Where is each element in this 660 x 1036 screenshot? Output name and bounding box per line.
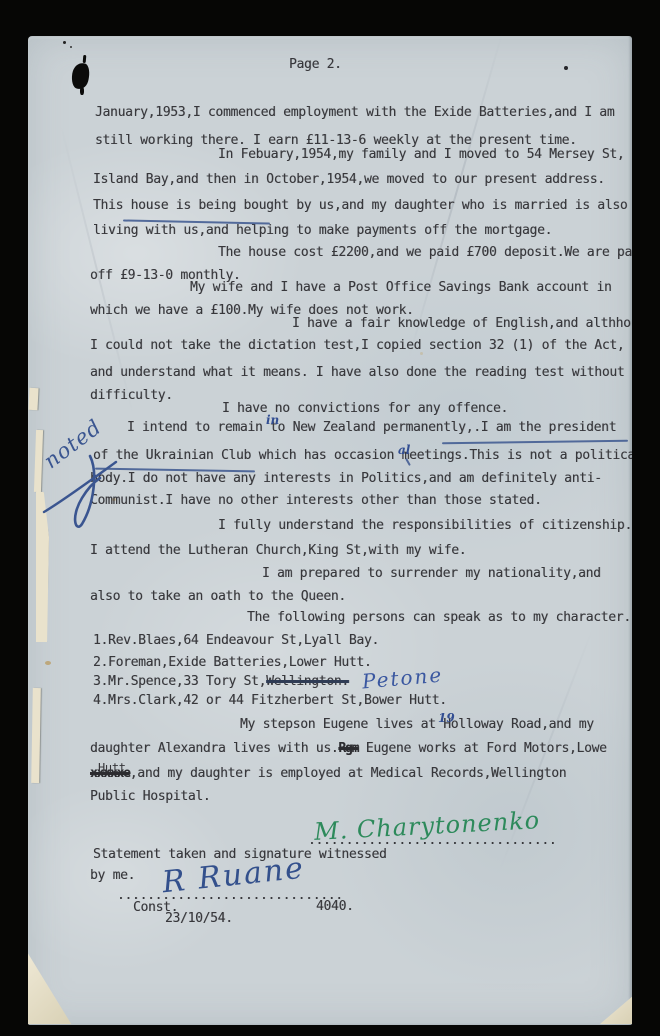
- underline-i-am-the-president: [442, 440, 628, 445]
- petone-correction: Petone: [361, 663, 444, 694]
- applicant-signature: M. Charytonenko: [313, 806, 540, 846]
- hutt-correction: Hutt: [98, 761, 126, 775]
- insert-al-correction: al: [398, 443, 410, 457]
- insert-19-correction: 19: [438, 711, 455, 725]
- witness-signature: R Ruane: [161, 851, 307, 901]
- insert-in-correction: in: [266, 413, 279, 427]
- caret-occasional: [405, 458, 411, 466]
- scanned-document-photo: Page 2.January,1953,I commenced employme…: [0, 0, 660, 1036]
- handwritten-annotation-layer: notedinal19PetoneHuttM. CharytonenkoR Ru…: [0, 0, 660, 1036]
- underline-is-being-bought: [123, 219, 270, 224]
